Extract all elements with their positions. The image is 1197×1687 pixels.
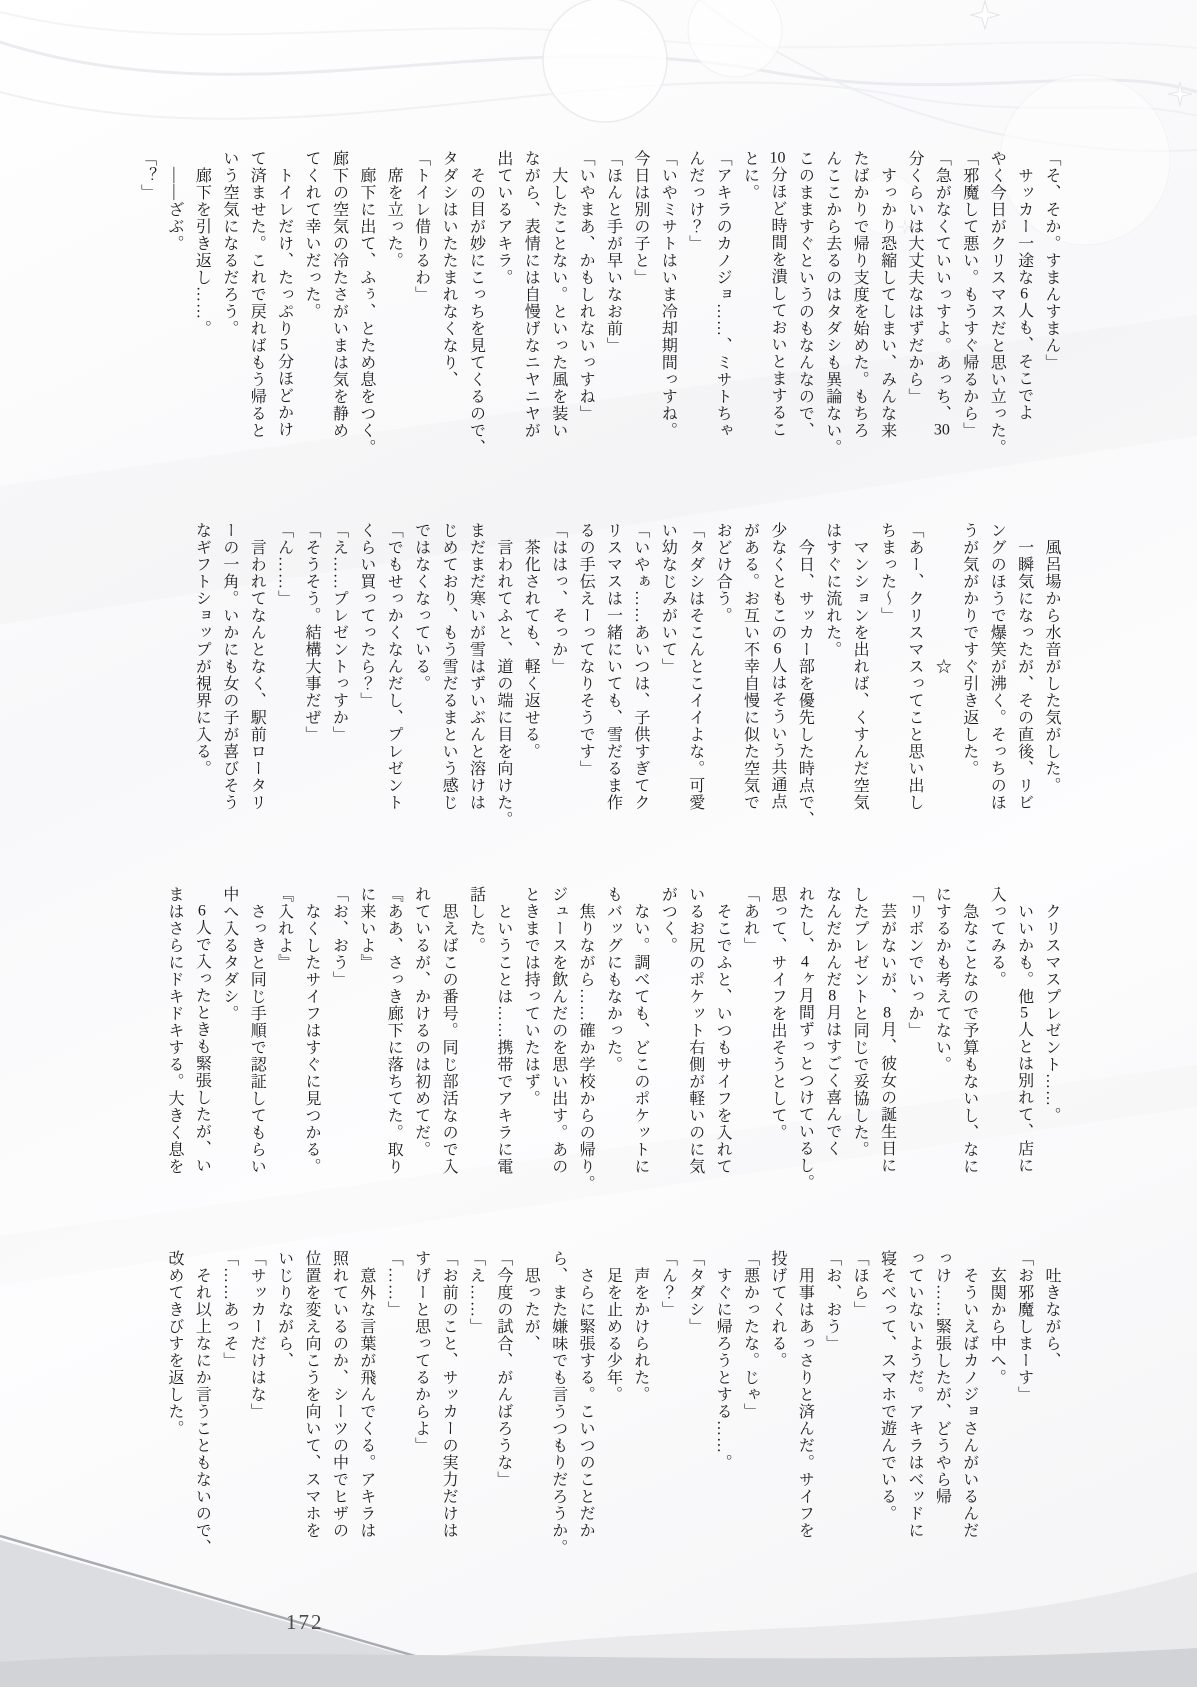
text-column: 一瞬気になったが、その直後、リビ [1010,522,1037,866]
text-column: 席を立った。 [380,150,407,494]
text-column: ときまでは持っていたはず。 [517,886,544,1230]
text-column: このまますぐというのもなんなので、 [791,150,818,494]
text-column: 「いやまあ、かもしれないっすね」 [572,150,599,494]
text-column: 寝そべって、スマホで遊んでいる。 [873,1250,900,1594]
text-column: に来いよ』 [352,886,379,1230]
text-column: 「お前のこと、サッカーの実力だけは [435,1250,462,1594]
text-column: したプレゼントと同じで妥協した。 [846,886,873,1230]
text-column: なんだかんだ8月はすごく喜んでく [818,886,845,1230]
text-column: すっかり恐縮してしまい、みんな来 [873,150,900,494]
text-column: ジュースを飲んだのを思い出す。あの [544,886,571,1230]
text-band-2: 風呂場から水音がした気がした。 一瞬気になったが、その直後、リビングのほうで爆笑… [188,522,1065,866]
text-column: いるお尻のポケット右側が軽いのに気 [681,886,708,1230]
text-column: たばかりで帰り支度を始めた。もちろ [846,150,873,494]
text-column: 6人で入ったときも緊張したが、い [188,886,215,1230]
text-column: るの手伝えーってなりそうです」 [572,522,599,866]
text-column: がつく。 [654,886,681,1230]
text-column: ということは……携帯でアキラに電 [489,886,516,1230]
text-column: 出ているアキラ。 [489,150,516,494]
text-column: 言われてふと、道の端に目を向けた。 [489,522,516,866]
text-column: やく今日がクリスマスだと思い立った。 [983,150,1010,494]
text-column: 「悪かったな。じゃ」 [736,1250,763,1594]
text-column: そういえばカノジョさんがいるんだ [955,1250,982,1594]
text-column: にするかも考えてない。 [928,886,955,1230]
text-column: 今日は別の子と」 [627,150,654,494]
text-column: トイレだけ、たっぷり5分ほどかけ [270,150,297,494]
text-column: まはさらにドキドキする。大きく息を [161,886,188,1230]
text-column: とに。 [736,150,763,494]
text-column: 足を止める少年。 [599,1250,626,1594]
text-column: ら、また嫌味でも言うつもりだろうか。 [544,1250,571,1594]
text-column: 意外な言葉が飛んでくる。アキラは [352,1250,379,1594]
text-column: 芸がないが、8月、彼女の誕生日に [873,886,900,1230]
text-column: 吐きながら、 [1038,1250,1065,1594]
text-column: クリスマスプレゼント……。 [1038,886,1065,1230]
text-column: 廊下に出て、ふぅ、とため息をつく。 [352,150,379,494]
text-column: もバッグにもなかった。 [599,886,626,1230]
text-column: ちまった〜」 [873,522,900,866]
text-column: くらい買ってったら？」 [352,522,379,866]
text-column: れたし、4ヶ月間ずっとつけているし。 [791,886,818,1230]
text-column: 分くらいは大丈夫なはずだから」 [901,150,928,494]
text-column: 焦りながら……確か学校からの帰り。 [572,886,599,1230]
text-column: ながら、表情には自慢げなニヤニヤが [517,150,544,494]
text-band-4: 吐きながら、「お邪魔しまーす」 玄関から中へ。 そういえばカノジョさんがいるんだ… [161,1250,1065,1594]
text-column: 玄関から中へ。 [983,1250,1010,1594]
text-column: 改めてきびすを返した。 [161,1250,188,1594]
text-column: 廊下の空気の冷たさがいまは気を静め [325,150,352,494]
text-column: その目が妙にこっちを見てくるので、 [462,150,489,494]
section-divider-star: ☆ [928,522,955,866]
text-column: 「お、おう」 [325,886,352,1230]
text-column: 話した。 [462,886,489,1230]
text-column: 「でもせっかくなんだし、プレゼント [380,522,407,866]
text-column: 言われてなんとなく、駅前ロータリ [243,522,270,866]
text-column: 『ああ、さっき廊下に落ちてた。取り [380,886,407,1230]
text-column: 茶化されても、軽く返せる。 [517,522,544,866]
text-column: はすぐに流れた。 [818,522,845,866]
text-column: 廊下を引き返し……。 [188,150,215,494]
text-column: 「ん……」 [270,522,297,866]
text-column: いう空気になるだろう。 [215,150,242,494]
text-column: ――ざぶ。 [161,150,188,494]
text-column: 「トイレ借りるわ」 [407,150,434,494]
text-column: 思えばこの番号。同じ部活なので入 [435,886,462,1230]
text-band-1: 「そ、そか。すまんすまん」 サッカー一途な6人も、そこでよやく今日がクリスマスだ… [133,150,1065,494]
text-column: じめており、もう雪だるまという感じ [435,522,462,866]
text-column: 「タダシはそこんとこイイよな。可愛 [681,522,708,866]
text-column: サッカー一途な6人も、そこでよ [1010,150,1037,494]
page-number: 172 [286,1610,324,1635]
text-column: マンションを出れば、くすんだ空気 [846,522,873,866]
text-column: 「ははっ、そっか」 [544,522,571,866]
text-column: 「？」 [133,150,160,494]
text-column: ーの一角。いかにも女の子が喜びそう [215,522,242,866]
text-column: 「あー、クリスマスってこと思い出し [901,522,928,866]
text-column: 「ん？」 [654,1250,681,1594]
text-column: 照れているのか、シーツの中でヒザの [325,1250,352,1594]
text-column: 用事はあっさりと済んだ。サイフを [791,1250,818,1594]
text-column: さっきと同じ手順で認証してもらい [243,886,270,1230]
text-column: 思って、サイフを出そうとして。 [764,886,791,1230]
text-column: 「いやぁ……あいつは、子供すぎてク [627,522,654,866]
text-column: タダシはいたたまれなくなり、 [435,150,462,494]
text-column: 「邪魔して悪い。もうすぐ帰るから」 [955,150,982,494]
text-column: いいかも。他5人とは別れて、店に [1010,886,1037,1230]
text-column: まだまだ寒いが雪はずいぶんと溶けは [462,522,489,866]
text-column: 「お、おう」 [818,1250,845,1594]
text-column: 「……」 [380,1250,407,1594]
text-column: 思ったが、 [517,1250,544,1594]
text-column: がある。お互い不幸自慢に似た空気で [736,522,763,866]
text-column: それ以上なにか言うこともないので、 [188,1250,215,1594]
text-column: なギフトショップが視界に入る。 [188,522,215,866]
text-column: なくしたサイフはすぐに見つかる。 [298,886,325,1230]
text-column: んここから去るのはタダシも異論ない。 [818,150,845,494]
text-column: てくれて幸いだった。 [298,150,325,494]
text-column: 急なことなので予算もないし、なに [955,886,982,1230]
text-column: 「今度の試合、がんばろうな」 [489,1250,516,1594]
text-column: ではなくなっている。 [407,522,434,866]
text-column: 風呂場から水音がした気がした。 [1038,522,1065,866]
text-band-3: クリスマスプレゼント……。 いいかも。他5人とは別れて、店に入ってみる。 急なこ… [161,886,1065,1230]
text-column: リスマスは一緒にいても、雪だるま作 [599,522,626,866]
text-column: 「……あっそ」 [215,1250,242,1594]
text-column: 「アキラのカノジョ……、ミサトちゃ [709,150,736,494]
text-column: 声をかけられた。 [627,1250,654,1594]
text-column: 『入れよ』 [270,886,297,1230]
text-column: ングのほうで爆笑が沸く。そっちのほ [983,522,1010,866]
text-column: そこでふと、いつもサイフを入れて [709,886,736,1230]
text-column: 「サッカーだけはな」 [243,1250,270,1594]
text-column: れているが、かけるのは初めてだ。 [407,886,434,1230]
text-column: 入ってみる。 [983,886,1010,1230]
text-column: 大したことない。といった風を装い [544,150,571,494]
text-column: 「あれ」 [736,886,763,1230]
text-column: 投げてくれる。 [764,1250,791,1594]
text-column: 位置を変え向こうを向いて、スマホを [298,1250,325,1594]
text-column: い幼なじみがいて」 [654,522,681,866]
text-column: 中へ入るタダシ。 [215,886,242,1230]
text-column: 10分ほど時間を潰しておいとまするこ [764,150,791,494]
novel-page: 「そ、そか。すまんすまん」 サッカー一途な6人も、そこでよやく今日がクリスマスだ… [0,0,1197,1687]
text-column: 少なくともこの6人はそういう共通点 [764,522,791,866]
text-column: っていないようだ。アキラはベッドに [901,1250,928,1594]
text-column: 「そうそう。結構大事だぜ」 [298,522,325,866]
text-column: 「タダシ」 [681,1250,708,1594]
text-column: っけ……緊張したが、どうやら帰 [928,1250,955,1594]
text-column: て済ませた。これで戻ればもう帰ると [243,150,270,494]
text-column: 「そ、そか。すまんすまん」 [1038,150,1065,494]
text-column: 「お邪魔しまーす」 [1010,1250,1037,1594]
text-column: ない。調べても、どこのポケットに [627,886,654,1230]
text-column: おどけ合う。 [709,522,736,866]
text-column: さらに緊張する。こいつのことだか [572,1250,599,1594]
text-column: すぐに帰ろうとする……。 [709,1250,736,1594]
text-column: 「え……プレゼントっすか」 [325,522,352,866]
text-column: 「ほんと手が早いなお前」 [599,150,626,494]
text-column: いじりながら、 [270,1250,297,1594]
text-column: 「え……」 [462,1250,489,1594]
text-column: 「急がなくていいっすよ。あっち、30 [928,150,955,494]
text-column: 今日、サッカー部を優先した時点で、 [791,522,818,866]
text-column: んだっけ？」 [681,150,708,494]
text-column: 「いやミサトはいま冷却期間っすね。 [654,150,681,494]
text-column: 「リボンでいっか」 [901,886,928,1230]
text-column: うが気がかりですぐ引き返した。 [955,522,982,866]
text-column: すげーと思ってるからよ」 [407,1250,434,1594]
text-column: 「ほら」 [846,1250,873,1594]
